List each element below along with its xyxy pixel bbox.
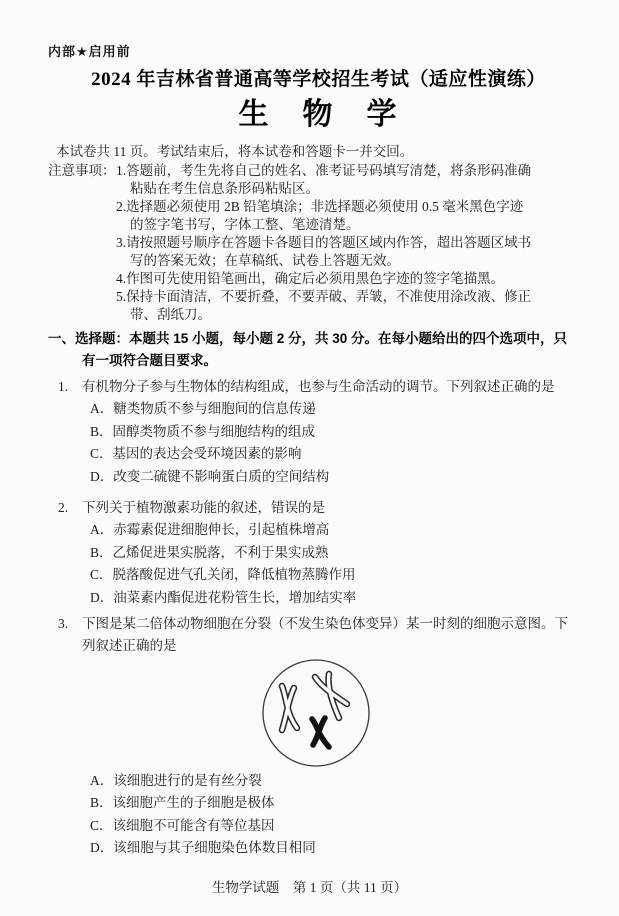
notices-block: 注意事项： 1.答题前，考生先将自己的姓名、准考证号码填写清楚，将条形码准确 粘…	[48, 162, 589, 324]
chromosome-solid-dark	[312, 718, 329, 747]
subject-title: 生 物 学	[48, 96, 589, 134]
question-1-option-b: B．固醇类物质不参与细胞结构的组成	[90, 421, 589, 443]
question-3-options: A．该细胞进行的是有丝分裂 B．该细胞产生的子细胞是极体 C．该细胞不可能含有等…	[90, 770, 589, 860]
chromosome-outline-right	[315, 674, 347, 718]
question-1-options: A．糖类物质不参与细胞间的信息传递 B．固醇类物质不参与细胞结构的组成 C．基因…	[90, 398, 589, 488]
cell-division-figure	[258, 658, 376, 768]
question-3-number: 3.	[58, 613, 82, 658]
question-2-head: 2. 下列关于植物激素功能的叙述，错误的是	[58, 497, 589, 519]
question-2-option-d: D．油菜素内酯促进花粉管生长，增加结实率	[90, 587, 589, 609]
notice-item-4: 4.作图可先使用铅笔画出，确定后必须用黑色字迹的签字笔描黑。	[116, 270, 589, 288]
notice-item-3: 3.请按照题号顺序在答题卡各题目的答题区域内作答，超出答题区域书 写的答案无效；…	[116, 234, 589, 270]
question-2-options: A．赤霉素促进细胞伸长，引起植株增高 B．乙烯促进果实脱落，不利于果实成熟 C．…	[90, 519, 589, 609]
question-3: 3. 下图是某二倍体动物细胞在分裂（不发生染色体变异）某一时刻的细胞示意图。下 …	[58, 613, 589, 859]
question-1: 1. 有机物分子参与生物体的结构组成，也参与生命活动的调节。下列叙述正确的是 A…	[58, 376, 589, 488]
notice-item-2: 2.选择题必须使用 2B 铅笔填涂；非选择题必须使用 0.5 毫米黑色字迹 的签…	[116, 198, 589, 234]
question-3-option-b: B．该细胞产生的子细胞是极体	[90, 792, 589, 814]
question-2-option-b: B．乙烯促进果实脱落，不利于果实成熟	[90, 542, 589, 564]
question-1-stem: 有机物分子参与生物体的结构组成，也参与生命活动的调节。下列叙述正确的是	[82, 376, 555, 398]
question-2-option-c: C．脱落酸促进气孔关闭，降低植物蒸腾作用	[90, 564, 589, 586]
question-1-head: 1. 有机物分子参与生物体的结构组成，也参与生命活动的调节。下列叙述正确的是	[58, 376, 589, 398]
notice-item-5: 5.保持卡面清洁，不要折叠，不要弄破、弄皱，不准使用涂改液、修正 带、刮纸刀。	[116, 288, 589, 324]
section-heading: 一、选择题：本题共 15 小题，每小题 2 分，共 30 分。在每小题给出的四个…	[48, 328, 589, 371]
question-2-option-a: A．赤霉素促进细胞伸长，引起植株增高	[90, 519, 589, 541]
notice-item-1: 1.答题前，考生先将自己的姓名、准考证号码填写清楚，将条形码准确 粘贴在考生信息…	[116, 162, 589, 198]
question-2-stem: 下列关于植物激素功能的叙述，错误的是	[82, 497, 325, 519]
corner-note: 内部★启用前	[48, 44, 589, 60]
question-1-option-c: C．基因的表达会受环境因素的影响	[90, 443, 589, 465]
question-1-number: 1.	[58, 376, 82, 398]
question-1-option-a: A．糖类物质不参与细胞间的信息传递	[90, 398, 589, 420]
question-3-option-c: C．该细胞不可能含有等位基因	[90, 815, 589, 837]
exam-title: 2024 年吉林省普通高等学校招生考试（适应性演练）	[48, 67, 589, 93]
question-3-option-a: A．该细胞进行的是有丝分裂	[90, 770, 589, 792]
question-1-option-d: D．改变二硫键不影响蛋白质的空间结构	[90, 466, 589, 488]
question-3-head: 3. 下图是某二倍体动物细胞在分裂（不发生染色体变异）某一时刻的细胞示意图。下 …	[58, 613, 589, 658]
question-2: 2. 下列关于植物激素功能的叙述，错误的是 A．赤霉素促进细胞伸长，引起植株增高…	[58, 497, 589, 609]
notices-label: 注意事项：	[48, 162, 116, 324]
intro-note: 本试卷共 11 页。考试结束后，将本试卷和答题卡一并交回。	[56, 142, 589, 161]
exam-paper-page: 内部★启用前 2024 年吉林省普通高等学校招生考试（适应性演练） 生 物 学 …	[0, 0, 619, 916]
question-3-stem: 下图是某二倍体动物细胞在分裂（不发生染色体变异）某一时刻的细胞示意图。下 列叙述…	[82, 613, 568, 658]
question-3-option-d: D．该细胞与其子细胞染色体数目相同	[90, 837, 589, 859]
page-footer: 生物学试题 第 1 页（共 11 页）	[0, 876, 619, 896]
cell-division-diagram	[258, 658, 376, 768]
question-2-number: 2.	[58, 497, 82, 519]
chromosome-outline-left	[282, 686, 297, 730]
notice-items: 1.答题前，考生先将自己的姓名、准考证号码填写清楚，将条形码准确 粘贴在考生信息…	[116, 162, 589, 324]
